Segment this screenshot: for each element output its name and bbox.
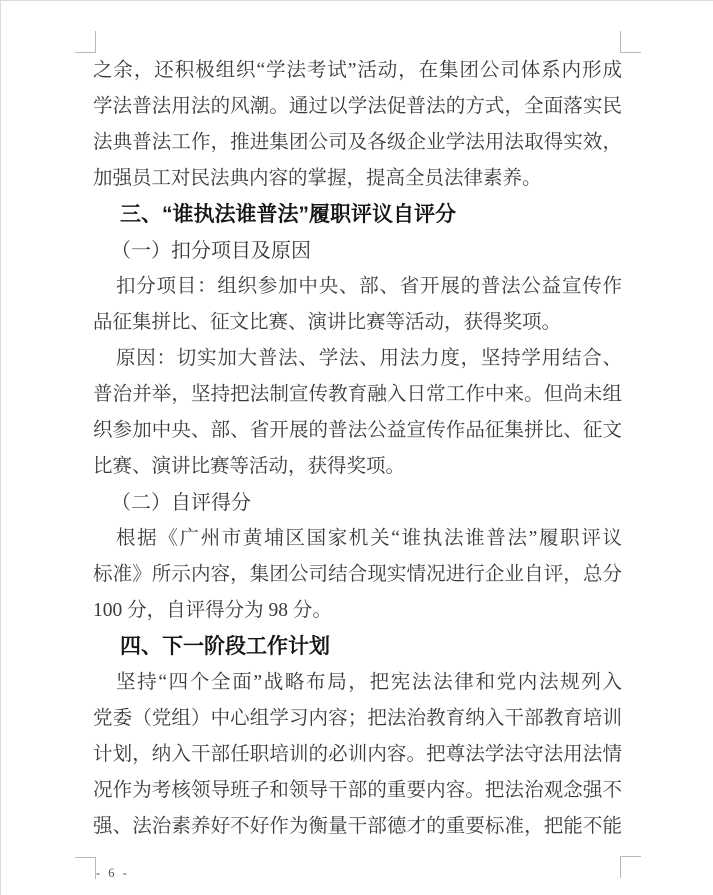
text-line: 加强员工对民法典内容的掌握，提高全员法律素养。 bbox=[93, 161, 622, 197]
text-line: 之余，还积极组织“学法考试”活动，在集团公司体系内形成 bbox=[93, 53, 622, 89]
text-line: 况作为考核领导班子和领导干部的重要内容。把法治观念强不 bbox=[93, 773, 622, 809]
text-line: （一）扣分项目及原因 bbox=[93, 233, 622, 269]
document-body: 之余，还积极组织“学法考试”活动，在集团公司体系内形成学法普法用法的风潮。通过以… bbox=[93, 53, 622, 845]
text-line: 党委（党组）中心组学习内容；把法治教育纳入干部教育培训 bbox=[93, 701, 622, 737]
text-line: 根据《广州市黄埔区国家机关“谁执法谁普法”履职评议 bbox=[93, 521, 622, 557]
text-boundary-mark-bottom-left bbox=[75, 857, 96, 879]
text-line: 强、法治素养好不好作为衡量干部德才的重要标准，把能不能 bbox=[93, 809, 622, 845]
heading-line: 三、“谁执法谁普法”履职评议自评分 bbox=[93, 197, 622, 233]
document-page: 之余，还积极组织“学法考试”活动，在集团公司体系内形成学法普法用法的风潮。通过以… bbox=[0, 0, 713, 895]
text-line: 织参加中央、部、省开展的普法公益宣传作品征集拼比、征文 bbox=[93, 413, 622, 449]
text-line: 普治并举，坚持把法制宣传教育融入日常工作中来。但尚未组 bbox=[93, 377, 622, 413]
text-boundary-mark-bottom-right bbox=[620, 856, 641, 878]
page-number: - 6 - bbox=[96, 866, 129, 881]
text-line: （二）自评得分 bbox=[93, 485, 622, 521]
text-boundary-mark-top-left bbox=[75, 31, 96, 53]
text-line: 原因：切实加大普法、学法、用法力度，坚持学用结合、 bbox=[93, 341, 622, 377]
text-line: 扣分项目：组织参加中央、部、省开展的普法公益宣传作 bbox=[93, 269, 622, 305]
text-boundary-mark-top-right bbox=[620, 31, 641, 53]
text-line: 标准》所示内容，集团公司结合现实情况进行企业自评，总分 bbox=[93, 557, 622, 593]
text-line: 学法普法用法的风潮。通过以学法促普法的方式，全面落实民 bbox=[93, 89, 622, 125]
text-line: 法典普法工作，推进集团公司及各级企业学法用法取得实效， bbox=[93, 125, 622, 161]
text-line: 坚持“四个全面”战略布局，把宪法法律和党内法规列入 bbox=[93, 665, 622, 701]
heading-line: 四、下一阶段工作计划 bbox=[93, 629, 622, 665]
text-line: 100 分，自评得分为 98 分。 bbox=[93, 593, 622, 629]
text-line: 计划，纳入干部任职培训的必训内容。把尊法学法守法用法情 bbox=[93, 737, 622, 773]
text-line: 品征集拼比、征文比赛、演讲比赛等活动，获得奖项。 bbox=[93, 305, 622, 341]
text-line: 比赛、演讲比赛等活动，获得奖项。 bbox=[93, 449, 622, 485]
